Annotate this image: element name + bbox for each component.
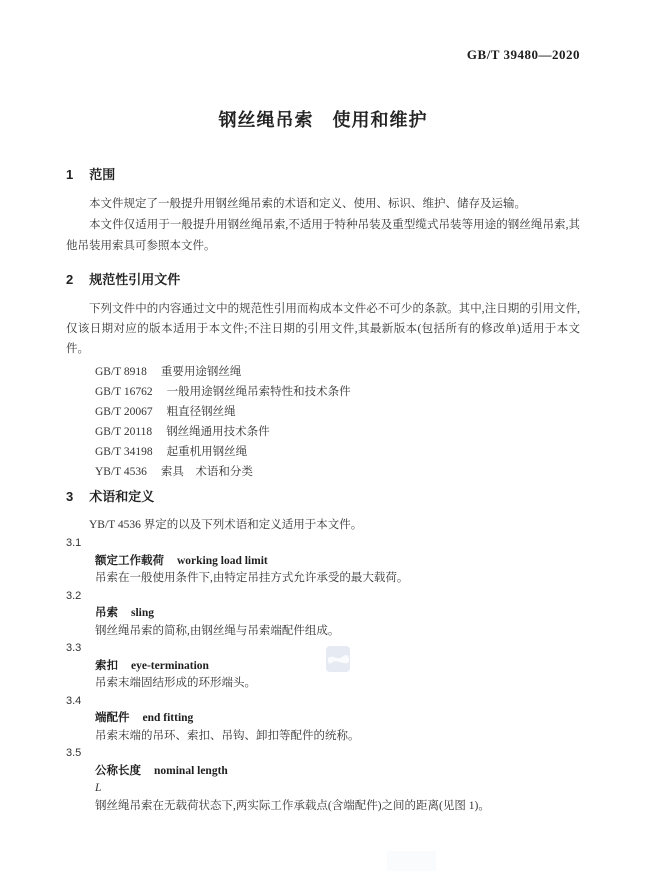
- reference-item: GB/T 16762一般用途钢丝绳吊索特性和技术条件: [95, 382, 580, 402]
- reference-code: GB/T 8918: [95, 366, 147, 378]
- term-name: 公称长度nominal length: [66, 763, 580, 781]
- reference-list: GB/T 8918重要用途钢丝绳 GB/T 16762一般用途钢丝绳吊索特性和技…: [66, 362, 580, 482]
- reference-code: GB/T 20118: [95, 426, 152, 438]
- reference-item: YB/T 4536索具 术语和分类: [95, 462, 580, 482]
- section-number: 2: [66, 271, 73, 289]
- term-name: 索扣eye-termination: [66, 658, 580, 676]
- reference-item: GB/T 34198起重机用钢丝绳: [95, 442, 580, 462]
- document-title: 钢丝绳吊索 使用和维护: [66, 108, 580, 132]
- term-name-zh: 公称长度: [95, 765, 141, 777]
- reference-item: GB/T 8918重要用途钢丝绳: [95, 362, 580, 382]
- term-entry: 3.5 公称长度nominal length L 钢丝绳吊索在无载荷状态下,两实…: [66, 745, 580, 815]
- reference-code: GB/T 34198: [95, 446, 153, 458]
- section-normative-references: 2规范性引用文件 下列文件中的内容通过文中的规范性引用而构成本文件必不可少的条款…: [66, 271, 580, 482]
- term-entry: 3.3 索扣eye-termination 吊索末端固结形成的环形端头。: [66, 640, 580, 693]
- term-name-en: working load limit: [177, 555, 268, 567]
- reference-title: 粗直径钢丝绳: [167, 406, 236, 418]
- reference-title: 索具 术语和分类: [161, 466, 253, 478]
- section-heading-label: 规范性引用文件: [89, 272, 180, 287]
- doc-header: GB/T 39480—2020: [66, 48, 580, 62]
- scope-paragraph: 本文件仅适用于一般提升用钢丝绳吊索,不适用于特种吊装及重型缆式吊装等用途的钢丝绳…: [66, 215, 580, 257]
- reference-title: 一般用途钢丝绳吊索特性和技术条件: [167, 386, 351, 398]
- term-id: 3.3: [66, 640, 580, 658]
- scope-paragraph: 本文件规定了一般提升用钢丝绳吊索的术语和定义、使用、标识、维护、储存及运输。: [66, 194, 580, 215]
- terms-heading: 3术语和定义: [66, 488, 580, 506]
- reference-code: YB/T 4536: [95, 466, 147, 478]
- term-name-en: eye-termination: [131, 660, 209, 672]
- page-content: GB/T 39480—2020 钢丝绳吊索 使用和维护 1范围 本文件规定了一般…: [0, 0, 649, 815]
- term-definition: 吊索在一般使用条件下,由特定吊挂方式允许承受的最大载荷。: [66, 570, 580, 588]
- watermark-wave-icon: [326, 646, 350, 672]
- term-id: 3.4: [66, 693, 580, 711]
- term-name-en: nominal length: [154, 765, 228, 777]
- reference-item: GB/T 20067粗直径钢丝绳: [95, 402, 580, 422]
- reference-title: 起重机用钢丝绳: [167, 446, 248, 458]
- term-entry: 3.1 额定工作载荷working load limit 吊索在一般使用条件下,…: [66, 535, 580, 588]
- term-entry: 3.2 吊索sling 钢丝绳吊索的简称,由钢丝绳与吊索端配件组成。: [66, 588, 580, 641]
- term-name-zh: 端配件: [95, 712, 130, 724]
- term-entry: 3.4 端配件end fitting 吊索末端的吊环、索扣、吊钩、卸扣等配件的统…: [66, 693, 580, 746]
- term-id: 3.1: [66, 535, 580, 553]
- terms-intro: YB/T 4536 界定的以及下列术语和定义适用于本文件。: [66, 515, 580, 535]
- section-number: 3: [66, 488, 73, 506]
- section-number: 1: [66, 166, 73, 184]
- scope-heading: 1范围: [66, 166, 580, 184]
- references-intro: 下列文件中的内容通过文中的规范性引用而构成本文件必不可少的条款。其中,注日期的引…: [66, 299, 580, 359]
- standard-number: GB/T 39480—2020: [467, 47, 580, 62]
- term-definition: 吊索末端固结形成的环形端头。: [66, 675, 580, 693]
- term-definition: 钢丝绳吊索在无载荷状态下,两实际工作承载点(含端配件)之间的距离(见图 1)。: [66, 798, 580, 816]
- section-heading-label: 范围: [89, 167, 115, 182]
- section-heading-label: 术语和定义: [89, 489, 154, 504]
- term-definition: 钢丝绳吊索的简称,由钢丝绳与吊索端配件组成。: [66, 623, 580, 641]
- scan-artifact: [387, 851, 436, 871]
- reference-title: 钢丝绳通用技术条件: [166, 426, 270, 438]
- reference-code: GB/T 16762: [95, 386, 153, 398]
- term-name-en: end fitting: [143, 712, 194, 724]
- term-symbol: L: [66, 780, 580, 798]
- term-name-zh: 索扣: [95, 660, 118, 672]
- section-scope: 1范围 本文件规定了一般提升用钢丝绳吊索的术语和定义、使用、标识、维护、储存及运…: [66, 166, 580, 257]
- reference-title: 重要用途钢丝绳: [161, 366, 242, 378]
- term-name-en: sling: [131, 607, 154, 619]
- term-name: 吊索sling: [66, 605, 580, 623]
- term-name-zh: 吊索: [95, 607, 118, 619]
- term-name: 额定工作载荷working load limit: [66, 553, 580, 571]
- references-heading: 2规范性引用文件: [66, 271, 580, 289]
- document-page: GB/T 39480—2020 钢丝绳吊索 使用和维护 1范围 本文件规定了一般…: [0, 0, 649, 873]
- term-id: 3.2: [66, 588, 580, 606]
- reference-item: GB/T 20118钢丝绳通用技术条件: [95, 422, 580, 442]
- term-name: 端配件end fitting: [66, 710, 580, 728]
- term-id: 3.5: [66, 745, 580, 763]
- term-definition: 吊索末端的吊环、索扣、吊钩、卸扣等配件的统称。: [66, 728, 580, 746]
- section-terms-definitions: 3术语和定义 YB/T 4536 界定的以及下列术语和定义适用于本文件。 3.1…: [66, 488, 580, 815]
- reference-code: GB/T 20067: [95, 406, 153, 418]
- term-name-zh: 额定工作载荷: [95, 555, 164, 567]
